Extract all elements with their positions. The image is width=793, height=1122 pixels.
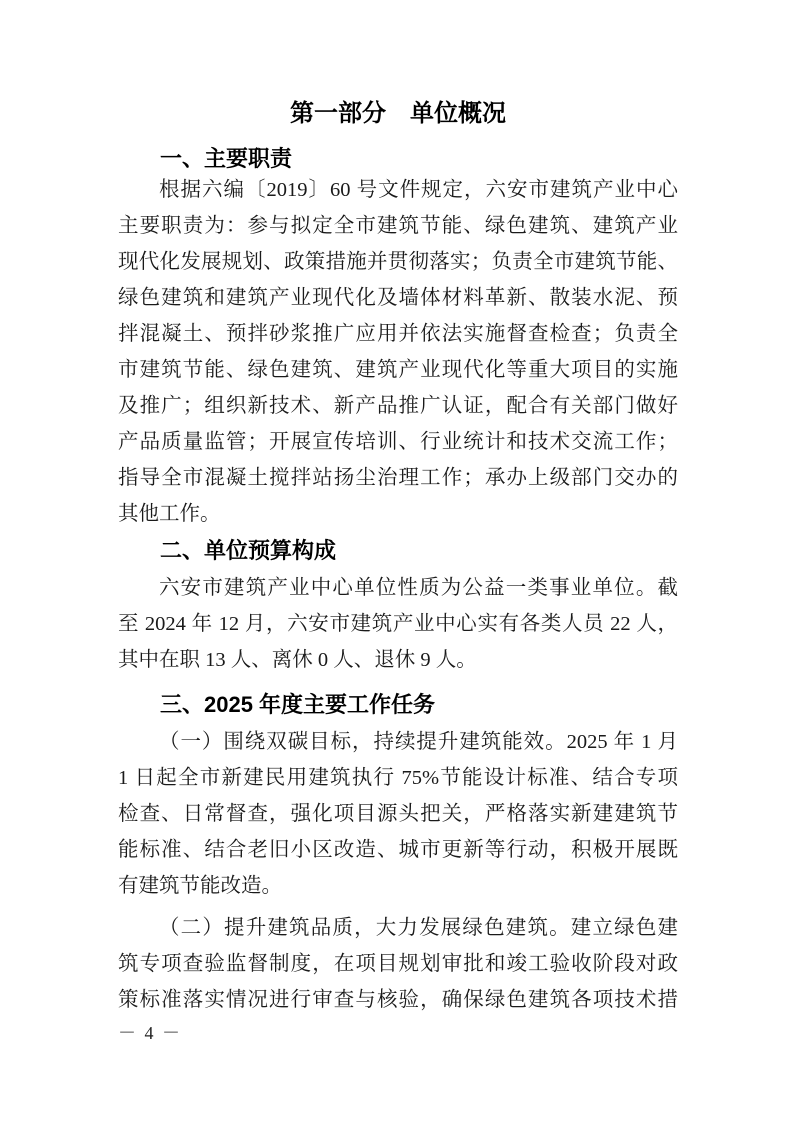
body-line: （一）围绕双碳目标，持续提升建筑能效。2025 年 1 月 [118,724,678,760]
paragraph-main-duties: 根据六编〔2019〕60 号文件规定，六安市建筑产业中心 主要职责为：参与拟定全… [118,172,678,532]
body-line: 绿色建筑和建筑产业现代化及墙体材料革新、散装水泥、预 [118,280,678,316]
body-line: 现代化发展规划、政策措施并贯彻落实；负责全市建筑节能、 [118,244,678,280]
body-line: 策标准落实情况进行审查与核验，确保绿色建筑各项技术措 [118,982,678,1018]
body-line: 拌混凝土、预拌砂浆推广应用并依法实施督查检查；负责全 [118,316,678,352]
body-line: 筑专项查验监督制度，在项目规划审批和竣工验收阶段对政 [118,946,678,982]
body-line: 1 日起全市新建民用建筑执行 75%节能设计标准、结合专项 [118,760,678,796]
body-line: 至 2024 年 12 月，六安市建筑产业中心实有各类人员 22 人， [118,606,678,642]
body-line: （二）提升建筑品质，大力发展绿色建筑。建立绿色建 [118,910,678,946]
body-line: 主要职责为：参与拟定全市建筑节能、绿色建筑、建筑产业 [118,208,678,244]
body-line: 检查、日常督查，强化项目源头把关，严格落实新建建筑节 [118,796,678,832]
body-line: 能标准、结合老旧小区改造、城市更新等行动，积极开展既 [118,832,678,868]
document-page: 第一部分 单位概况 一、主要职责 根据六编〔2019〕60 号文件规定，六安市建… [0,0,793,1122]
page-number: － 4 － [118,1020,182,1046]
paragraph-task-1: （一）围绕双碳目标，持续提升建筑能效。2025 年 1 月 1 日起全市新建民用… [118,724,678,904]
section-heading-2025-tasks: 三、2025 年度主要工作任务 [160,692,678,718]
body-line: 有建筑节能改造。 [118,868,678,904]
body-line: 其他工作。 [118,496,678,532]
body-line: 及推广；组织新技术、新产品推广认证，配合有关部门做好 [118,388,678,424]
section-heading-main-duties: 一、主要职责 [160,146,678,172]
body-line: 产品质量监管；开展宣传培训、行业统计和技术交流工作； [118,424,678,460]
paragraph-budget-composition: 六安市建筑产业中心单位性质为公益一类事业单位。截 至 2024 年 12 月，六… [118,570,678,678]
page-content: 第一部分 单位概况 一、主要职责 根据六编〔2019〕60 号文件规定，六安市建… [118,0,678,1018]
body-line: 其中在职 13 人、离休 0 人、退休 9 人。 [118,642,678,678]
section-heading-budget-composition: 二、单位预算构成 [160,538,678,564]
body-line: 市建筑节能、绿色建筑、建筑产业现代化等重大项目的实施 [118,352,678,388]
paragraph-task-2: （二）提升建筑品质，大力发展绿色建筑。建立绿色建 筑专项查验监督制度，在项目规划… [118,910,678,1018]
body-line: 根据六编〔2019〕60 号文件规定，六安市建筑产业中心 [118,172,678,208]
page-title: 第一部分 单位概况 [118,97,678,131]
body-line: 指导全市混凝土搅拌站扬尘治理工作；承办上级部门交办的 [118,460,678,496]
body-line: 六安市建筑产业中心单位性质为公益一类事业单位。截 [118,570,678,606]
